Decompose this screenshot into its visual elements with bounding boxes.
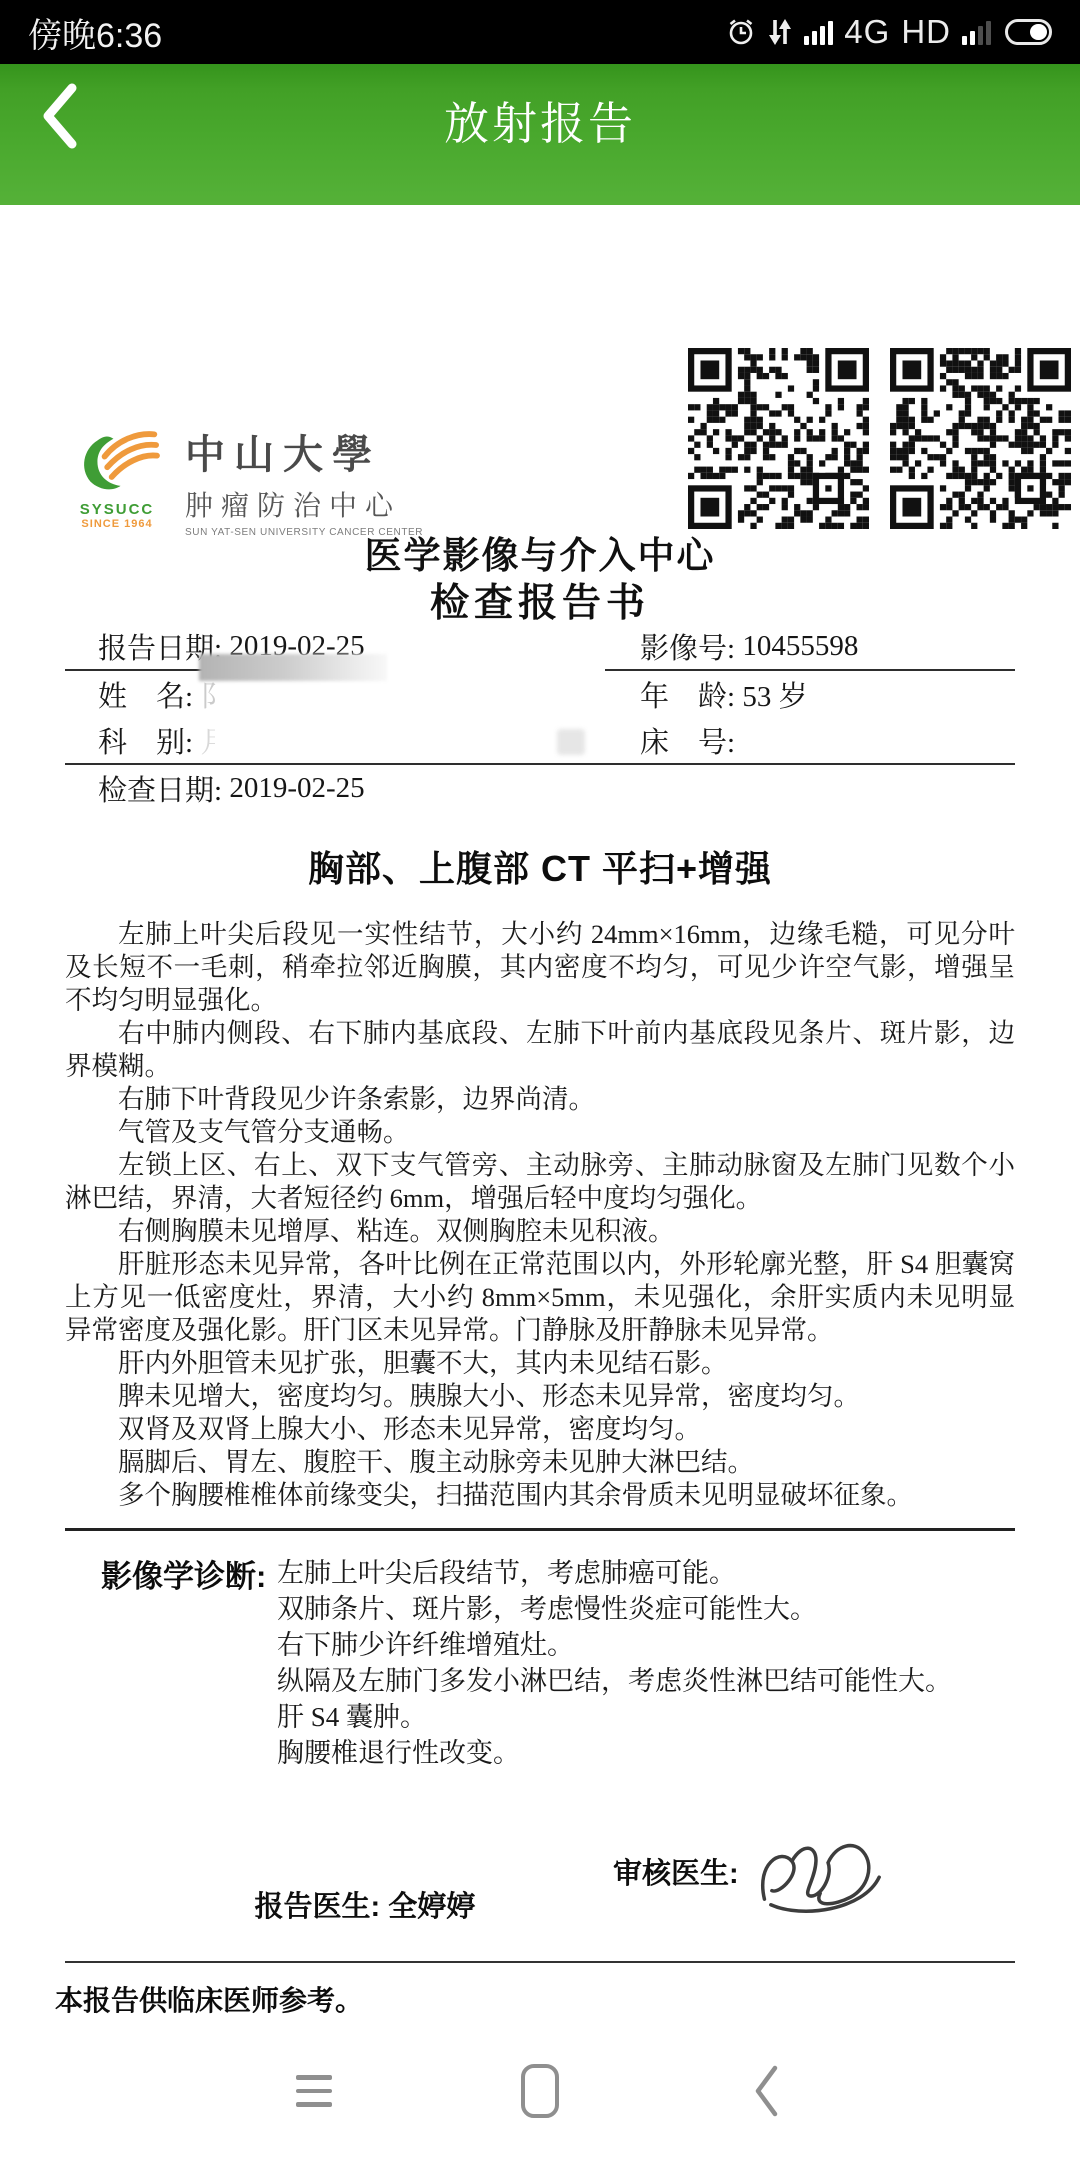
image-no-label: 影像号:	[640, 626, 742, 667]
nav-back-button[interactable]	[737, 2055, 795, 2127]
android-nav-bar	[0, 2022, 1080, 2160]
status-bar: 傍晚6:36 4G HD	[0, 0, 1080, 64]
redaction-smudge	[199, 654, 387, 681]
finding-paragraph: 脾未见增大，密度均匀。胰腺大小、形态未见异常，密度均匀。	[65, 1380, 1015, 1413]
back-chevron-icon	[38, 82, 80, 150]
qr-codes	[688, 348, 1071, 529]
hospital-dept-cn: 肿瘤防治中心	[185, 484, 423, 524]
finding-paragraph: 右肺下叶背段见少许条索影，边界尚清。	[65, 1083, 1015, 1116]
network-activity-icon	[767, 17, 793, 47]
footer-note: 本报告供临床医师参考。	[55, 1979, 1015, 2019]
field-row-dept: 科 别: 月 床 号:	[65, 717, 1015, 763]
finding-paragraph: 右中肺内侧段、右下肺内基底段、左肺下叶前内基底段见条片、斑片影，边界模糊。	[65, 1017, 1015, 1083]
diagnosis-item: 纵隔及左肺门多发小淋巴结，考虑炎性淋巴结可能性大。	[277, 1663, 1015, 1699]
diagnosis-item: 左肺上叶尖后段结节，考虑肺癌可能。	[277, 1555, 1015, 1591]
dove-logo-icon	[70, 421, 164, 501]
redaction-smudge-2	[557, 729, 585, 755]
hospital-logo-mark: SYSUCC SINCE 1964	[65, 421, 169, 530]
bed-label: 床 号:	[640, 720, 742, 761]
report-document: SYSUCC SINCE 1964 中山大學 肿瘤防治中心 SUN YAT-SE…	[0, 205, 1080, 2019]
hospital-logo: SYSUCC SINCE 1964 中山大學 肿瘤防治中心 SUN YAT-SE…	[65, 421, 423, 538]
field-row-exam-date: 检查日期: 2019-02-25	[65, 765, 1015, 811]
status-icons: 4G HD	[726, 13, 1052, 51]
recents-button[interactable]	[285, 2055, 343, 2127]
network-type-label: 4G	[844, 13, 890, 51]
finding-paragraph: 左肺上叶尖后段见一实性结节，大小约 24mm×16mm，边缘毛糙，可见分叶及长短…	[65, 918, 1015, 1017]
signal-2-icon	[962, 19, 991, 45]
finding-paragraph: 肝脏形态未见异常，各叶比例在正常范围以内，外形轮廓光整，肝 S4 胆囊窝上方见一…	[65, 1248, 1015, 1347]
diagnosis-section: 影像学诊断: 左肺上叶尖后段结节，考虑肺癌可能。双肺条片、斑片影，考虑慢性炎症可…	[65, 1528, 1015, 1771]
exam-title: 胸部、上腹部 CT 平扫+增强	[65, 841, 1015, 892]
exam-date-value: 2019-02-25	[229, 772, 364, 805]
field-row-date: 报告日期: 2019-02-25 影像号: 10455598	[65, 623, 1015, 669]
battery-fill	[1030, 24, 1047, 40]
recents-menu-icon	[296, 2066, 332, 2116]
alarm-icon	[726, 17, 756, 47]
finding-paragraph: 右侧胸膜未见增厚、粘连。双侧胸腔未见积液。	[65, 1215, 1015, 1248]
field-image-no: 影像号: 10455598	[640, 626, 1015, 667]
review-doctor-label: 审核医生:	[613, 1851, 747, 1892]
report-fields: 报告日期: 2019-02-25 影像号: 10455598 姓 名: 阝 年 …	[65, 623, 1015, 811]
report-doctor-name: 全婷婷	[388, 1891, 475, 1923]
field-report-date: 报告日期: 2019-02-25	[65, 626, 640, 667]
app-header: 放射报告	[0, 64, 1080, 205]
finding-paragraph: 多个胸腰椎椎体前缘变尖，扫描范围内其余骨质未见明显破坏征象。	[65, 1479, 1015, 1512]
status-time: 傍晚6:36	[28, 8, 162, 57]
report-doctor-label: 报告医生:	[254, 1891, 388, 1923]
footer-divider	[65, 1961, 1015, 1963]
hospital-logo-text: 中山大學 肿瘤防治中心 SUN YAT-SEN UNIVERSITY CANCE…	[185, 421, 423, 538]
image-no-value: 10455598	[742, 630, 858, 663]
age-value: 53 岁	[742, 674, 807, 715]
report-letterhead: SYSUCC SINCE 1964 中山大學 肿瘤防治中心 SUN YAT-SE…	[65, 205, 1015, 623]
phone-screen: 傍晚6:36 4G HD 放射报告	[0, 0, 1080, 2160]
dept-label: 科 别:	[98, 720, 200, 761]
doctors-row: 报告医生: 全婷婷 审核医生:	[65, 1833, 1015, 1953]
diagnosis-item: 右下肺少许纤维增殖灶。	[277, 1627, 1015, 1663]
qr-code-2	[890, 348, 1071, 529]
diagnosis-item: 肝 S4 囊肿。	[277, 1699, 1015, 1735]
back-button[interactable]	[26, 80, 92, 152]
battery-icon	[1005, 19, 1052, 45]
review-doctor: 审核医生:	[613, 1851, 899, 1924]
volte-label: HD	[901, 13, 951, 51]
finding-paragraph: 双肾及双肾上腺大小、形态未见异常，密度均匀。	[65, 1413, 1015, 1446]
field-age: 年 龄: 53 岁	[640, 674, 1015, 715]
reviewer-signature	[746, 1824, 902, 1929]
finding-paragraph: 膈脚后、胃左、腹腔干、腹主动脉旁未见肿大淋巴结。	[65, 1446, 1015, 1479]
finding-paragraph: 气管及支气管分支通畅。	[65, 1116, 1015, 1149]
home-icon	[521, 2064, 559, 2118]
qr-code-1	[688, 348, 869, 529]
findings-text: 左肺上叶尖后段见一实性结节，大小约 24mm×16mm，边缘毛糙，可见分叶及长短…	[65, 918, 1015, 1512]
report-doctor: 报告医生: 全婷婷	[190, 1851, 475, 1958]
finding-paragraph: 肝内外胆管未见扩张，胆囊不大，其内未见结石影。	[65, 1347, 1015, 1380]
signal-icon	[804, 19, 833, 45]
field-dept: 科 别: 月	[65, 720, 640, 761]
finding-paragraph: 左锁上区、右上、双下支气管旁、主动脉旁、主肺动脉窗及左肺门见数个小淋巴结，界清，…	[65, 1149, 1015, 1215]
logo-abbr-text: SYSUCC	[80, 501, 155, 518]
name-label: 姓 名:	[98, 674, 200, 715]
hospital-name-cn: 中山大學	[185, 423, 423, 480]
age-label: 年 龄:	[640, 674, 742, 715]
diagnosis-item: 胸腰椎退行性改变。	[277, 1735, 1015, 1771]
document-title: 检查报告书	[65, 572, 1015, 628]
home-button[interactable]	[511, 2055, 569, 2127]
dept-value-redacted: 月	[200, 720, 215, 761]
page-title: 放射报告	[444, 87, 636, 152]
center-title: 医学影像与介入中心	[65, 525, 1015, 579]
field-bed: 床 号:	[640, 720, 1015, 761]
field-exam-date: 检查日期: 2019-02-25	[65, 768, 640, 809]
diagnosis-label: 影像学诊断:	[65, 1551, 277, 1771]
diagnosis-item: 双肺条片、斑片影，考虑慢性炎症可能性大。	[277, 1591, 1015, 1627]
diagnosis-list: 左肺上叶尖后段结节，考虑肺癌可能。双肺条片、斑片影，考虑慢性炎症可能性大。右下肺…	[277, 1551, 1015, 1771]
exam-date-label: 检查日期:	[98, 768, 229, 809]
nav-back-icon	[753, 2064, 779, 2118]
